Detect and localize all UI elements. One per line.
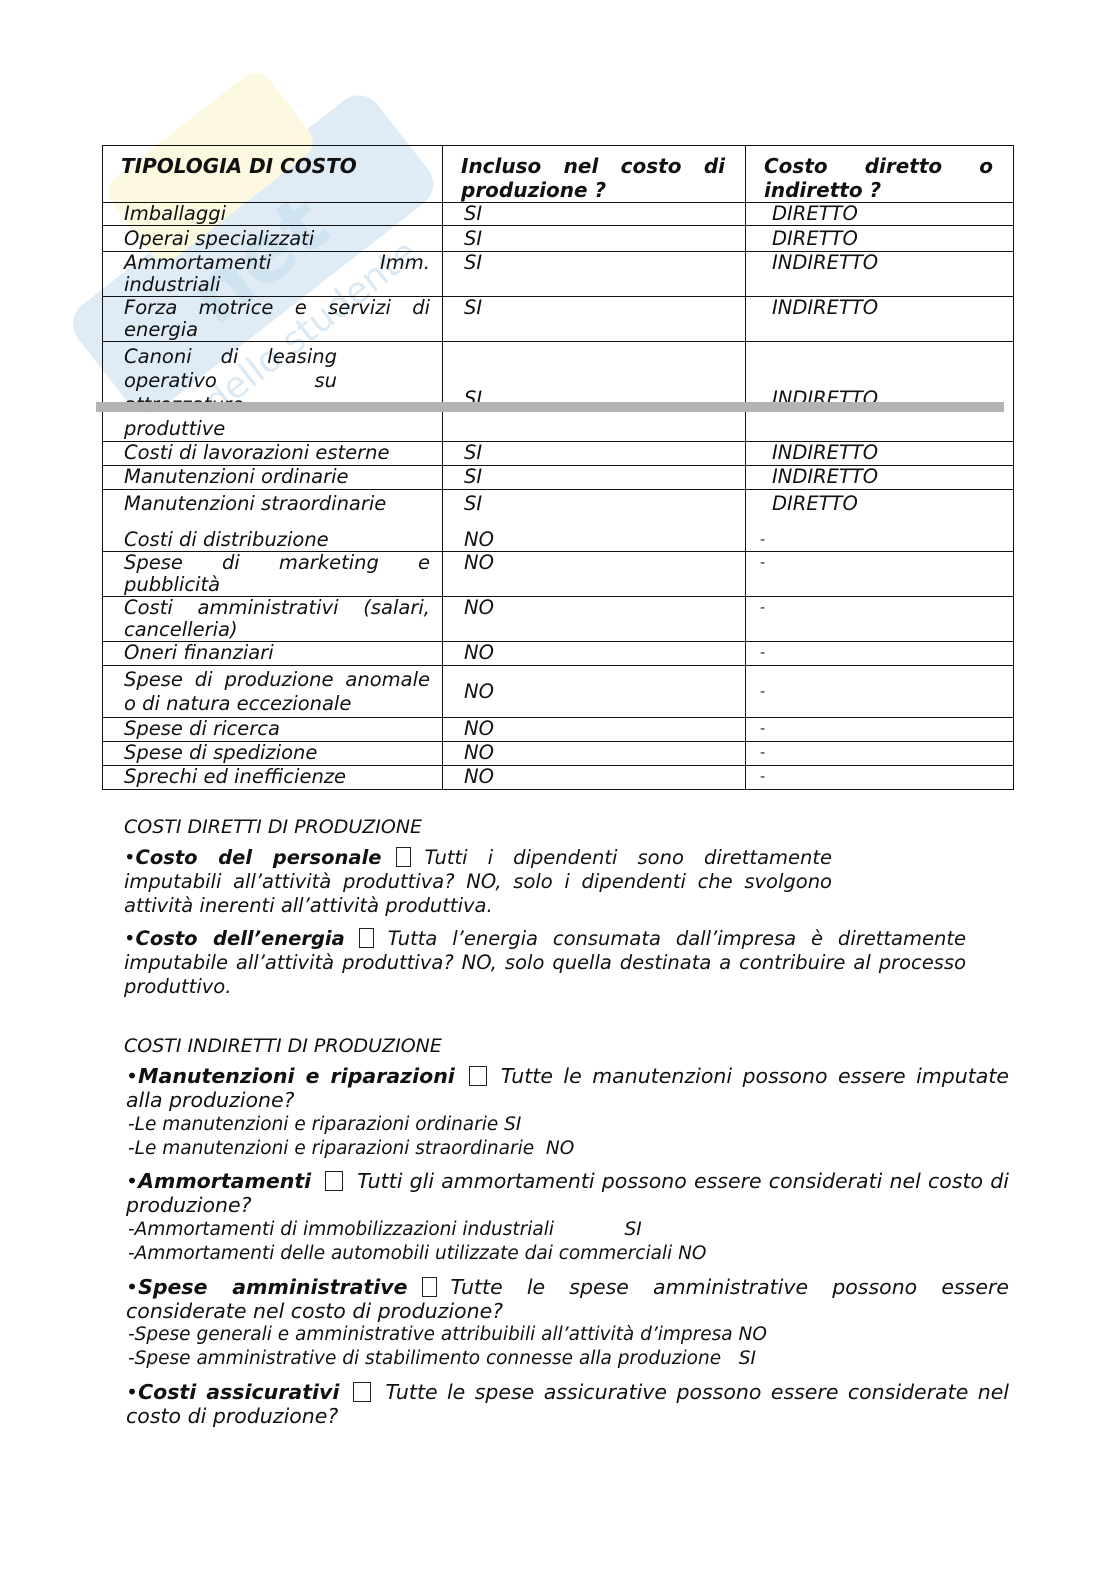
list-item-manutenzioni: •Manutenzioni e riparazioniTutte le manu… — [126, 1064, 1009, 1112]
list-item-costi-assicurativi: •Costi assicurativiTutte le spese assicu… — [126, 1380, 1009, 1428]
checkbox-icon — [396, 847, 411, 867]
list-item-costo-personale: •Costo del personaleTutti i dipendenti s… — [124, 846, 832, 918]
cell-tipologia: Costi di lavorazioni esterne — [103, 442, 443, 466]
cell-tipo: - — [746, 552, 1014, 597]
table-row: Spese di marketing e pubblicitàNO- — [103, 552, 1014, 597]
cell-incluso: SI — [443, 466, 746, 490]
bullet: • — [126, 1169, 138, 1193]
checkbox-icon — [469, 1066, 487, 1086]
table-row: Costi amministrativi (salari, cancelleri… — [103, 597, 1014, 642]
table-row: Costi di lavorazioni esterneSIINDIRETTO — [103, 442, 1014, 466]
cell-tipologia: Spese di spedizione — [103, 742, 443, 766]
cell-tipo: - — [746, 766, 1014, 790]
cell-tipologia: Forza motrice e servizi di energia — [103, 297, 443, 342]
cell-incluso: NO — [443, 742, 746, 766]
cell-text: Costi di distribuzione — [124, 529, 430, 551]
cell-incluso: SI — [443, 226, 746, 252]
cell-tipologia: Manutenzioni straordinarieCosti di distr… — [103, 490, 443, 552]
section-title-diretti: COSTI DIRETTI DI PRODUZIONE — [124, 815, 422, 839]
table-row: Spese di produzione anomale o di natura … — [103, 666, 1014, 718]
cell-text: SI — [464, 490, 733, 515]
cell-tipologia: Manutenzioni ordinarie — [103, 466, 443, 490]
table-row: Forza motrice e servizi di energiaSIINDI… — [103, 297, 1014, 342]
cost-type-table: TIPOLOGIA DI COSTO Incluso nel costo di … — [102, 145, 1014, 790]
section-title-indiretti: COSTI INDIRETTI DI PRODUZIONE — [124, 1034, 442, 1058]
bullet: • — [126, 1380, 138, 1404]
cell-incluso: NO — [443, 766, 746, 790]
cell-tipologia: Costi amministrativi (salari, cancelleri… — [103, 597, 443, 642]
table-header-row: TIPOLOGIA DI COSTO Incluso nel costo di … — [103, 146, 1014, 203]
cell-tipo: - — [746, 718, 1014, 742]
table-row: Spese di ricercaNO- — [103, 718, 1014, 742]
table-row: Operai specializzatiSIDIRETTO — [103, 226, 1014, 252]
item-term: Ammortamenti — [138, 1169, 311, 1193]
cell-tipologia: Sprechi ed inefficienze — [103, 766, 443, 790]
cell-text: - — [760, 529, 1001, 551]
cell-text: DIRETTO — [772, 490, 1001, 515]
cell-tipo: INDIRETTO — [746, 297, 1014, 342]
list-item-costo-energia: •Costo dell’energiaTutta l’energia consu… — [124, 927, 966, 999]
cell-tipo: - — [746, 642, 1014, 666]
cell-tipologia: Imballaggi — [103, 203, 443, 226]
item-term: Costi assicurativi — [138, 1380, 339, 1404]
sub-item: -Spese generali e amministrative attribu… — [128, 1323, 767, 1347]
header-tipologia: TIPOLOGIA DI COSTO — [103, 146, 443, 203]
table-row: Ammortamenti Imm. industrialiSIINDIRETTO — [103, 252, 1014, 297]
cell-incluso: SINO — [443, 490, 746, 552]
table-row: Spese di spedizioneNO- — [103, 742, 1014, 766]
cell-incluso: NO — [443, 597, 746, 642]
table-row: ImballaggiSIDIRETTO — [103, 203, 1014, 226]
table-row: Manutenzioni straordinarieCosti di distr… — [103, 490, 1014, 552]
list-item-ammortamenti: •AmmortamentiTutti gli ammortamenti poss… — [126, 1169, 1009, 1217]
cell-incluso: SI — [443, 297, 746, 342]
sub-item: -Spese amministrative di stabilimento co… — [128, 1347, 756, 1371]
sub-item: -Ammortamenti delle automobili utilizzat… — [128, 1242, 706, 1266]
item-term: Costo del personale — [136, 846, 382, 869]
bullet: • — [126, 1275, 138, 1299]
checkbox-icon — [422, 1277, 437, 1297]
cell-incluso: SI — [443, 442, 746, 466]
cell-incluso: SI — [443, 342, 746, 442]
item-term: Manutenzioni e riparazioni — [138, 1064, 455, 1088]
cell-tipologia: Spese di produzione anomale o di natura … — [103, 666, 443, 718]
checkbox-icon — [353, 1382, 371, 1402]
cell-tipo: DIRETTO — [746, 226, 1014, 252]
table-row: Oneri finanziariNO- — [103, 642, 1014, 666]
checkbox-icon — [359, 928, 374, 948]
cell-tipo: INDIRETTO — [746, 442, 1014, 466]
cell-incluso: SI — [443, 252, 746, 297]
cell-tipo: - — [746, 742, 1014, 766]
bullet: • — [126, 1064, 138, 1088]
cell-incluso: NO — [443, 666, 746, 718]
sub-item: -Le manutenzioni e riparazioni ordinarie… — [128, 1113, 521, 1137]
cell-incluso: NO — [443, 718, 746, 742]
cell-tipologia: Spese di ricerca — [103, 718, 443, 742]
bullet: • — [124, 846, 136, 869]
cell-tipologia: Ammortamenti Imm. industriali — [103, 252, 443, 297]
cell-tipo: DIRETTO — [746, 203, 1014, 226]
gray-separator-bar — [96, 402, 1004, 412]
list-item-spese-amministrative: •Spese amministrativeTutte le spese ammi… — [126, 1275, 1009, 1323]
cell-tipo: - — [746, 597, 1014, 642]
cell-tipologia: Spese di marketing e pubblicità — [103, 552, 443, 597]
cell-tipologia: Canoni di leasing operativo su attrezzat… — [103, 342, 443, 442]
cell-text: Manutenzioni straordinarie — [124, 490, 430, 515]
bullet: • — [124, 927, 136, 950]
header-incluso: Incluso nel costo di produzione ? — [443, 146, 746, 203]
cell-tipologia: Operai specializzati — [103, 226, 443, 252]
cell-text: NO — [464, 529, 733, 551]
sub-item: -Le manutenzioni e riparazioni straordin… — [128, 1137, 574, 1161]
item-term: Costo dell’energia — [136, 927, 345, 950]
sub-item: -Ammortamenti di immobilizzazioni indust… — [128, 1218, 642, 1242]
checkbox-icon — [325, 1171, 343, 1191]
item-term: Spese amministrative — [138, 1275, 407, 1299]
header-tipo: Costo diretto o indiretto ? — [746, 146, 1014, 203]
cell-incluso: NO — [443, 642, 746, 666]
table-row: Manutenzioni ordinarieSIINDIRETTO — [103, 466, 1014, 490]
table-row: Canoni di leasing operativo su attrezzat… — [103, 342, 1014, 442]
cell-tipo: INDIRETTO — [746, 252, 1014, 297]
table-row: Sprechi ed inefficienzeNO- — [103, 766, 1014, 790]
cell-incluso: NO — [443, 552, 746, 597]
cell-tipo: DIRETTO- — [746, 490, 1014, 552]
cell-tipologia: Oneri finanziari — [103, 642, 443, 666]
cell-incluso: SI — [443, 203, 746, 226]
cell-tipo: INDIRETTO — [746, 342, 1014, 442]
cell-tipo: INDIRETTO — [746, 466, 1014, 490]
cell-tipo: - — [746, 666, 1014, 718]
